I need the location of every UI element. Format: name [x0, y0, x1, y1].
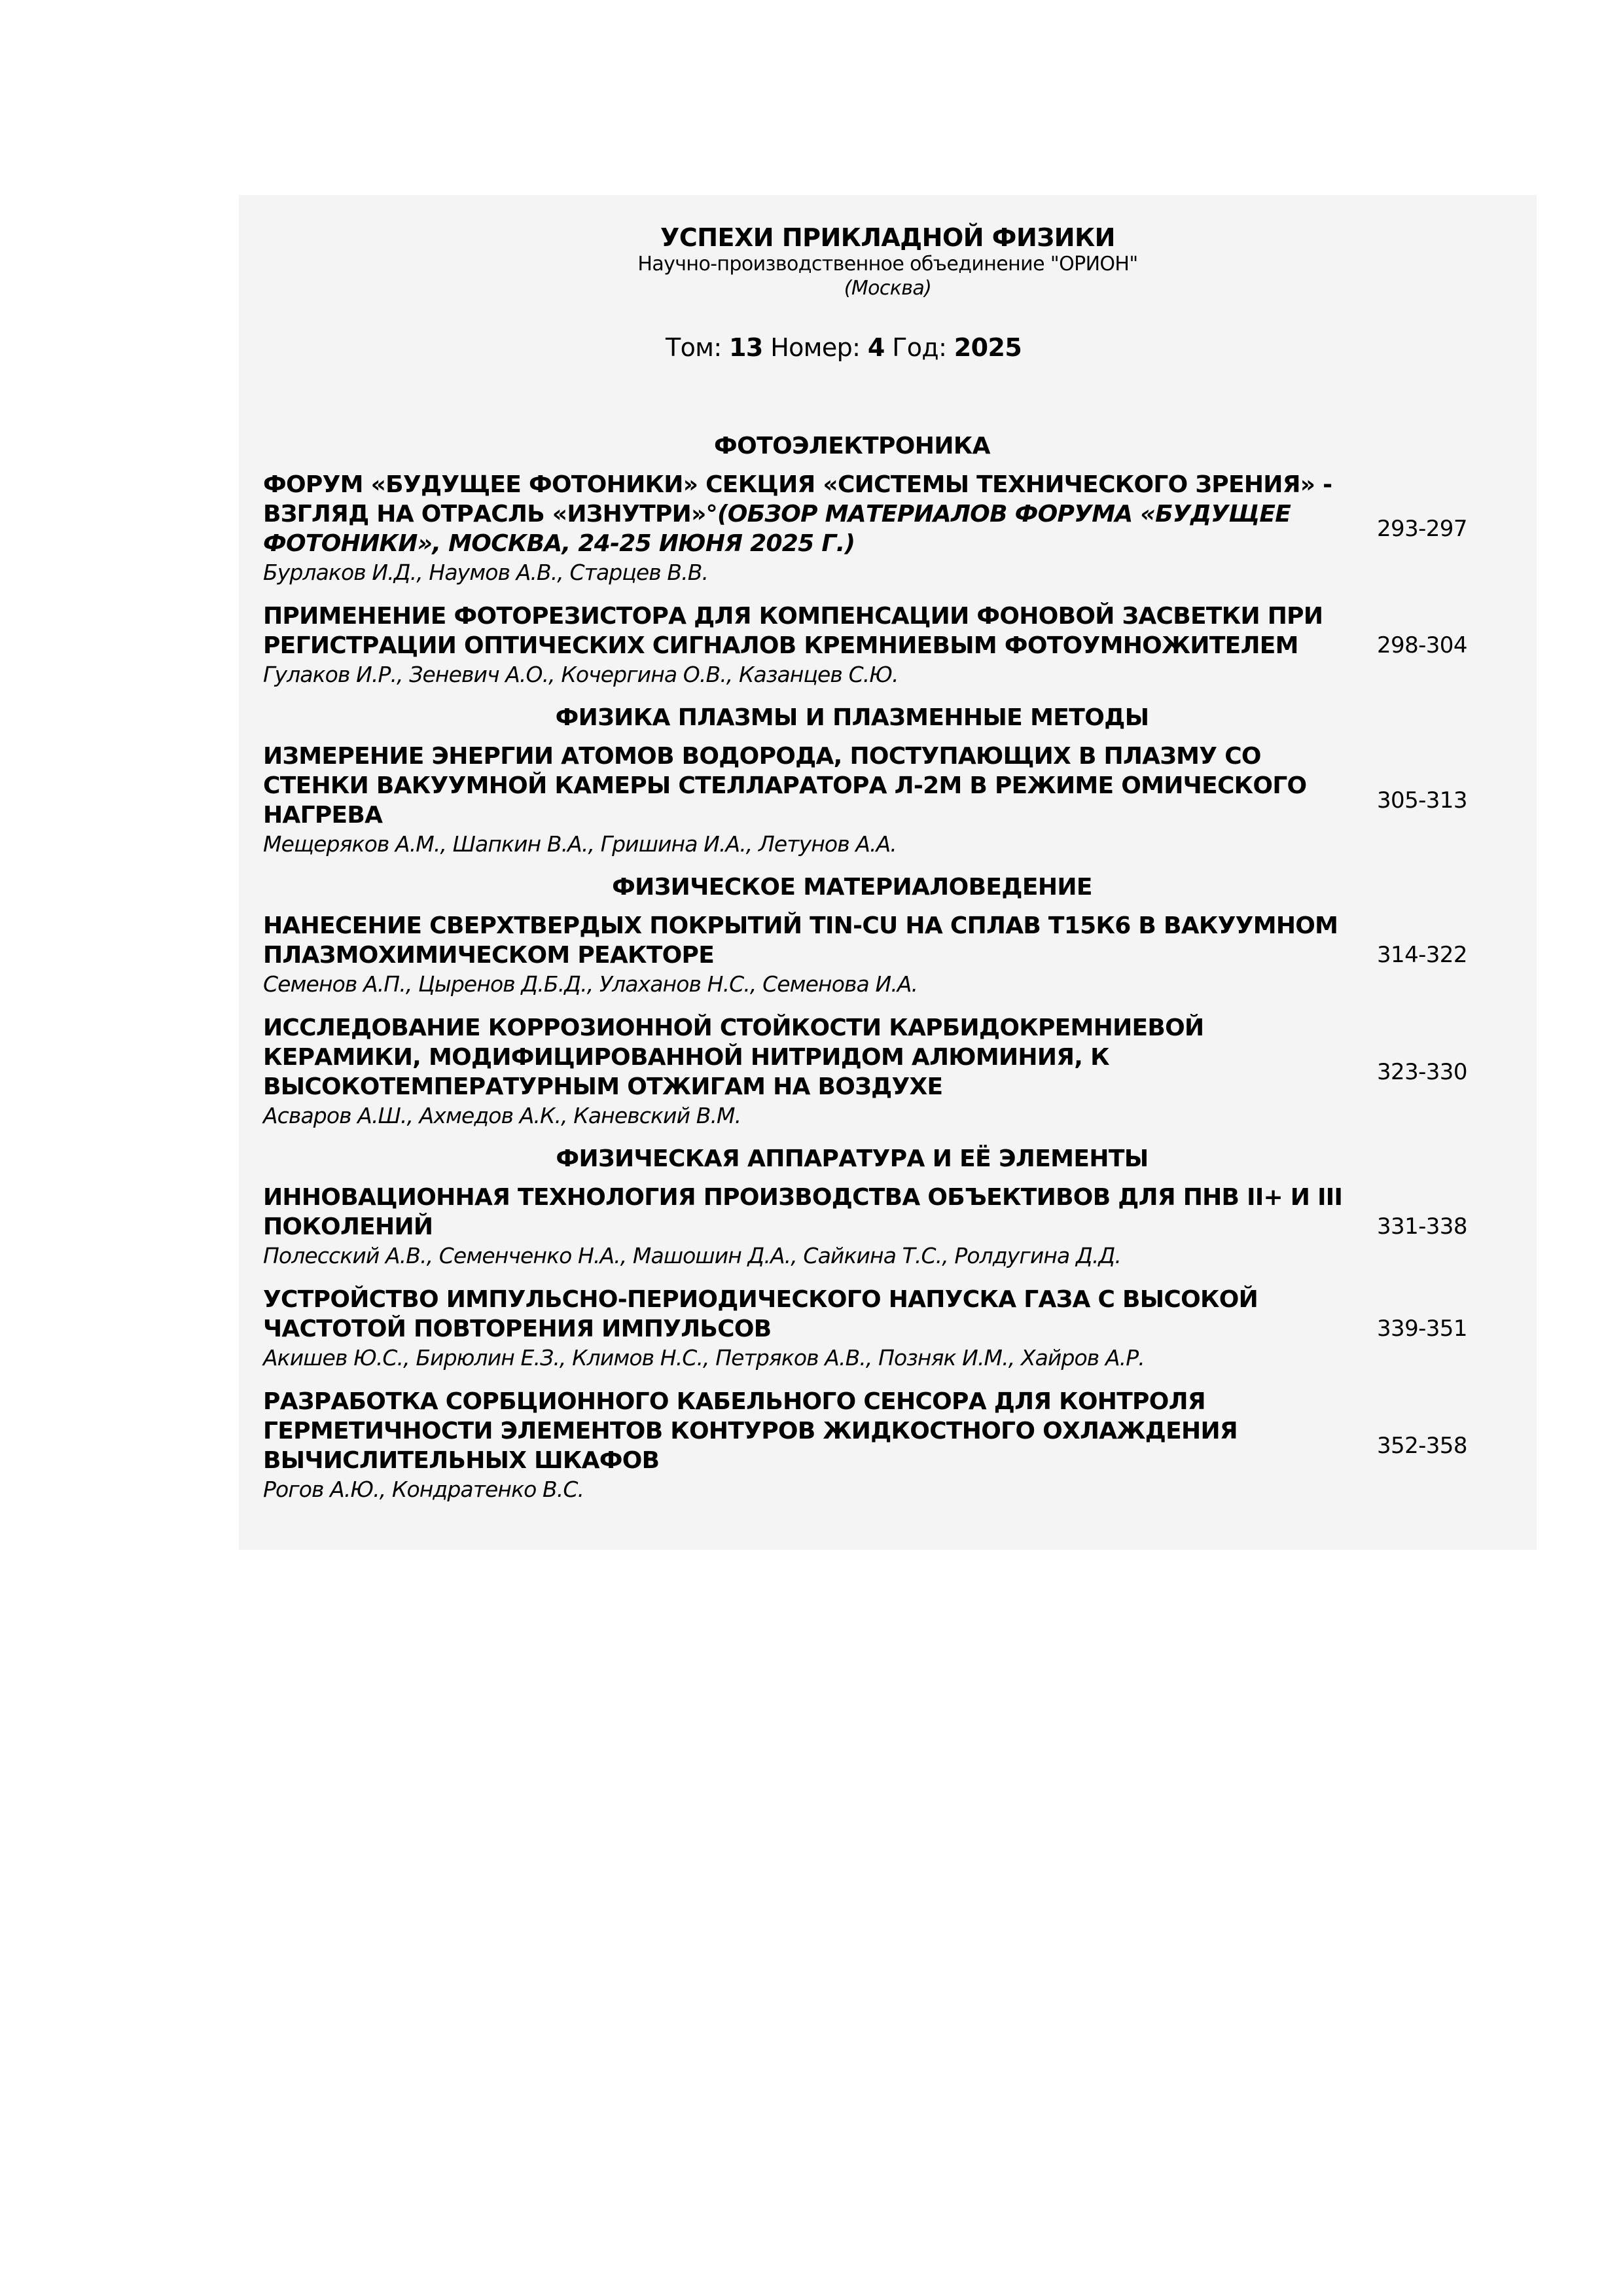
article-title[interactable]: ИННОВАЦИОННАЯ ТЕХНОЛОГИЯ ПРОИЗВОДСТВА ОБ…: [263, 1183, 1363, 1242]
toc-entry[interactable]: ИЗМЕРЕНИЕ ЭНЕРГИИ АТОМОВ ВОДОРОДА, ПОСТУ…: [263, 742, 1520, 859]
article-title[interactable]: ИССЛЕДОВАНИЕ КОРРОЗИОННОЙ СТОЙКОСТИ КАРБ…: [263, 1013, 1363, 1102]
year-value: 2025: [954, 333, 1022, 362]
toc-entry[interactable]: ИССЛЕДОВАНИЕ КОРРОЗИОННОЙ СТОЙКОСТИ КАРБ…: [263, 1013, 1520, 1130]
article-authors: Гулаков И.Р., Зеневич А.О., Кочергина О.…: [263, 660, 1363, 689]
article-authors: Рогов А.Ю., Кондратенко В.С.: [263, 1475, 1363, 1504]
article-authors: Асваров А.Ш., Ахмедов А.К., Каневский В.…: [263, 1102, 1363, 1130]
volume-value: 13: [729, 333, 763, 362]
article-authors: Акишев Ю.С., Бирюлин Е.З., Климов Н.С., …: [263, 1344, 1363, 1372]
article-authors: Семенов А.П., Цыренов Д.Б.Д., Улаханов Н…: [263, 970, 1363, 999]
entry-body: НАНЕСЕНИЕ СВЕРХТВЕРДЫХ ПОКРЫТИЙ TIN-CU Н…: [263, 911, 1363, 999]
article-title[interactable]: НАНЕСЕНИЕ СВЕРХТВЕРДЫХ ПОКРЫТИЙ TIN-CU Н…: [263, 911, 1363, 970]
entry-body: ИССЛЕДОВАНИЕ КОРРОЗИОННОЙ СТОЙКОСТИ КАРБ…: [263, 1013, 1363, 1130]
article-pages: 323-330: [1377, 1059, 1467, 1085]
article-title[interactable]: ИЗМЕРЕНИЕ ЭНЕРГИИ АТОМОВ ВОДОРОДА, ПОСТУ…: [263, 742, 1363, 830]
publisher-city: (Москва): [239, 276, 1537, 301]
article-pages: 293-297: [1377, 516, 1467, 542]
table-of-contents: ФОТОЭЛЕКТРОНИКА ФОРУМ «БУДУЩЕЕ ФОТОНИКИ»…: [263, 432, 1520, 1518]
publisher-name: Научно-производственное объединение "ОРИ…: [239, 253, 1537, 276]
toc-entry[interactable]: НАНЕСЕНИЕ СВЕРХТВЕРДЫХ ПОКРЫТИЙ TIN-CU Н…: [263, 911, 1520, 999]
article-title[interactable]: ПРИМЕНЕНИЕ ФОТОРЕЗИСТОРА ДЛЯ КОМПЕНСАЦИИ…: [263, 601, 1363, 660]
article-authors: Мещеряков А.М., Шапкин В.А., Гришина И.А…: [263, 830, 1363, 859]
section-heading: ФИЗИЧЕСКОЕ МАТЕРИАЛОВЕДЕНИЕ: [263, 873, 1441, 902]
article-title-main: РАЗРАБОТКА СОРБЦИОННОГО КАБЕЛЬНОГО СЕНСО…: [263, 1388, 1238, 1474]
journal-header: УСПЕХИ ПРИКЛАДНОЙ ФИЗИКИ Научно-производ…: [239, 223, 1537, 301]
entry-body: ПРИМЕНЕНИЕ ФОТОРЕЗИСТОРА ДЛЯ КОМПЕНСАЦИИ…: [263, 601, 1363, 689]
article-title-main: ИННОВАЦИОННАЯ ТЕХНОЛОГИЯ ПРОИЗВОДСТВА ОБ…: [263, 1184, 1342, 1240]
article-title-main: ИЗМЕРЕНИЕ ЭНЕРГИИ АТОМОВ ВОДОРОДА, ПОСТУ…: [263, 743, 1306, 829]
article-title-main: НАНЕСЕНИЕ СВЕРХТВЕРДЫХ ПОКРЫТИЙ TIN-CU Н…: [263, 912, 1338, 969]
number-value: 4: [868, 333, 885, 362]
toc-entry[interactable]: УСТРОЙСТВО ИМПУЛЬСНО-ПЕРИОДИЧЕСКОГО НАПУ…: [263, 1285, 1520, 1372]
toc-panel: УСПЕХИ ПРИКЛАДНОЙ ФИЗИКИ Научно-производ…: [239, 195, 1537, 1550]
article-pages: 314-322: [1377, 942, 1467, 968]
section-heading: ФОТОЭЛЕКТРОНИКА: [263, 432, 1441, 461]
entry-body: УСТРОЙСТВО ИМПУЛЬСНО-ПЕРИОДИЧЕСКОГО НАПУ…: [263, 1285, 1363, 1372]
section-heading: ФИЗИКА ПЛАЗМЫ И ПЛАЗМЕННЫЕ МЕТОДЫ: [263, 704, 1441, 732]
toc-entry[interactable]: ИННОВАЦИОННАЯ ТЕХНОЛОГИЯ ПРОИЗВОДСТВА ОБ…: [263, 1183, 1520, 1270]
toc-entry[interactable]: ПРИМЕНЕНИЕ ФОТОРЕЗИСТОРА ДЛЯ КОМПЕНСАЦИИ…: [263, 601, 1520, 689]
year-label: Год:: [892, 333, 946, 362]
article-authors: Полесский А.В., Семенченко Н.А., Машошин…: [263, 1242, 1363, 1270]
toc-entry[interactable]: ФОРУМ «БУДУЩЕЕ ФОТОНИКИ» СЕКЦИЯ «СИСТЕМЫ…: [263, 470, 1520, 587]
article-title[interactable]: УСТРОЙСТВО ИМПУЛЬСНО-ПЕРИОДИЧЕСКОГО НАПУ…: [263, 1285, 1363, 1344]
entry-body: РАЗРАБОТКА СОРБЦИОННОГО КАБЕЛЬНОГО СЕНСО…: [263, 1387, 1363, 1504]
section-heading: ФИЗИЧЕСКАЯ АППАРАТУРА И ЕЁ ЭЛЕМЕНТЫ: [263, 1145, 1441, 1174]
toc-entry[interactable]: РАЗРАБОТКА СОРБЦИОННОГО КАБЕЛЬНОГО СЕНСО…: [263, 1387, 1520, 1504]
entry-body: ФОРУМ «БУДУЩЕЕ ФОТОНИКИ» СЕКЦИЯ «СИСТЕМЫ…: [263, 470, 1363, 587]
article-pages: 305-313: [1377, 787, 1467, 814]
article-title-main: ИССЛЕДОВАНИЕ КОРРОЗИОННОЙ СТОЙКОСТИ КАРБ…: [263, 1014, 1204, 1100]
article-authors: Бурлаков И.Д., Наумов А.В., Старцев В.В.: [263, 558, 1363, 587]
article-pages: 331-338: [1377, 1213, 1467, 1240]
entry-body: ИННОВАЦИОННАЯ ТЕХНОЛОГИЯ ПРОИЗВОДСТВА ОБ…: [263, 1183, 1363, 1270]
article-title[interactable]: ФОРУМ «БУДУЩЕЕ ФОТОНИКИ» СЕКЦИЯ «СИСТЕМЫ…: [263, 470, 1363, 558]
article-title-main: ПРИМЕНЕНИЕ ФОТОРЕЗИСТОРА ДЛЯ КОМПЕНСАЦИИ…: [263, 603, 1323, 659]
issue-info: Том: 13 Номер: 4 Год: 2025: [666, 332, 1022, 363]
article-pages: 339-351: [1377, 1316, 1467, 1342]
journal-title: УСПЕХИ ПРИКЛАДНОЙ ФИЗИКИ: [239, 223, 1537, 253]
number-label: Номер:: [770, 333, 860, 362]
article-title[interactable]: РАЗРАБОТКА СОРБЦИОННОГО КАБЕЛЬНОГО СЕНСО…: [263, 1387, 1363, 1475]
article-pages: 298-304: [1377, 632, 1467, 658]
article-title-main: УСТРОЙСТВО ИМПУЛЬСНО-ПЕРИОДИЧЕСКОГО НАПУ…: [263, 1286, 1258, 1342]
article-pages: 352-358: [1377, 1433, 1467, 1459]
volume-label: Том:: [666, 333, 722, 362]
entry-body: ИЗМЕРЕНИЕ ЭНЕРГИИ АТОМОВ ВОДОРОДА, ПОСТУ…: [263, 742, 1363, 859]
